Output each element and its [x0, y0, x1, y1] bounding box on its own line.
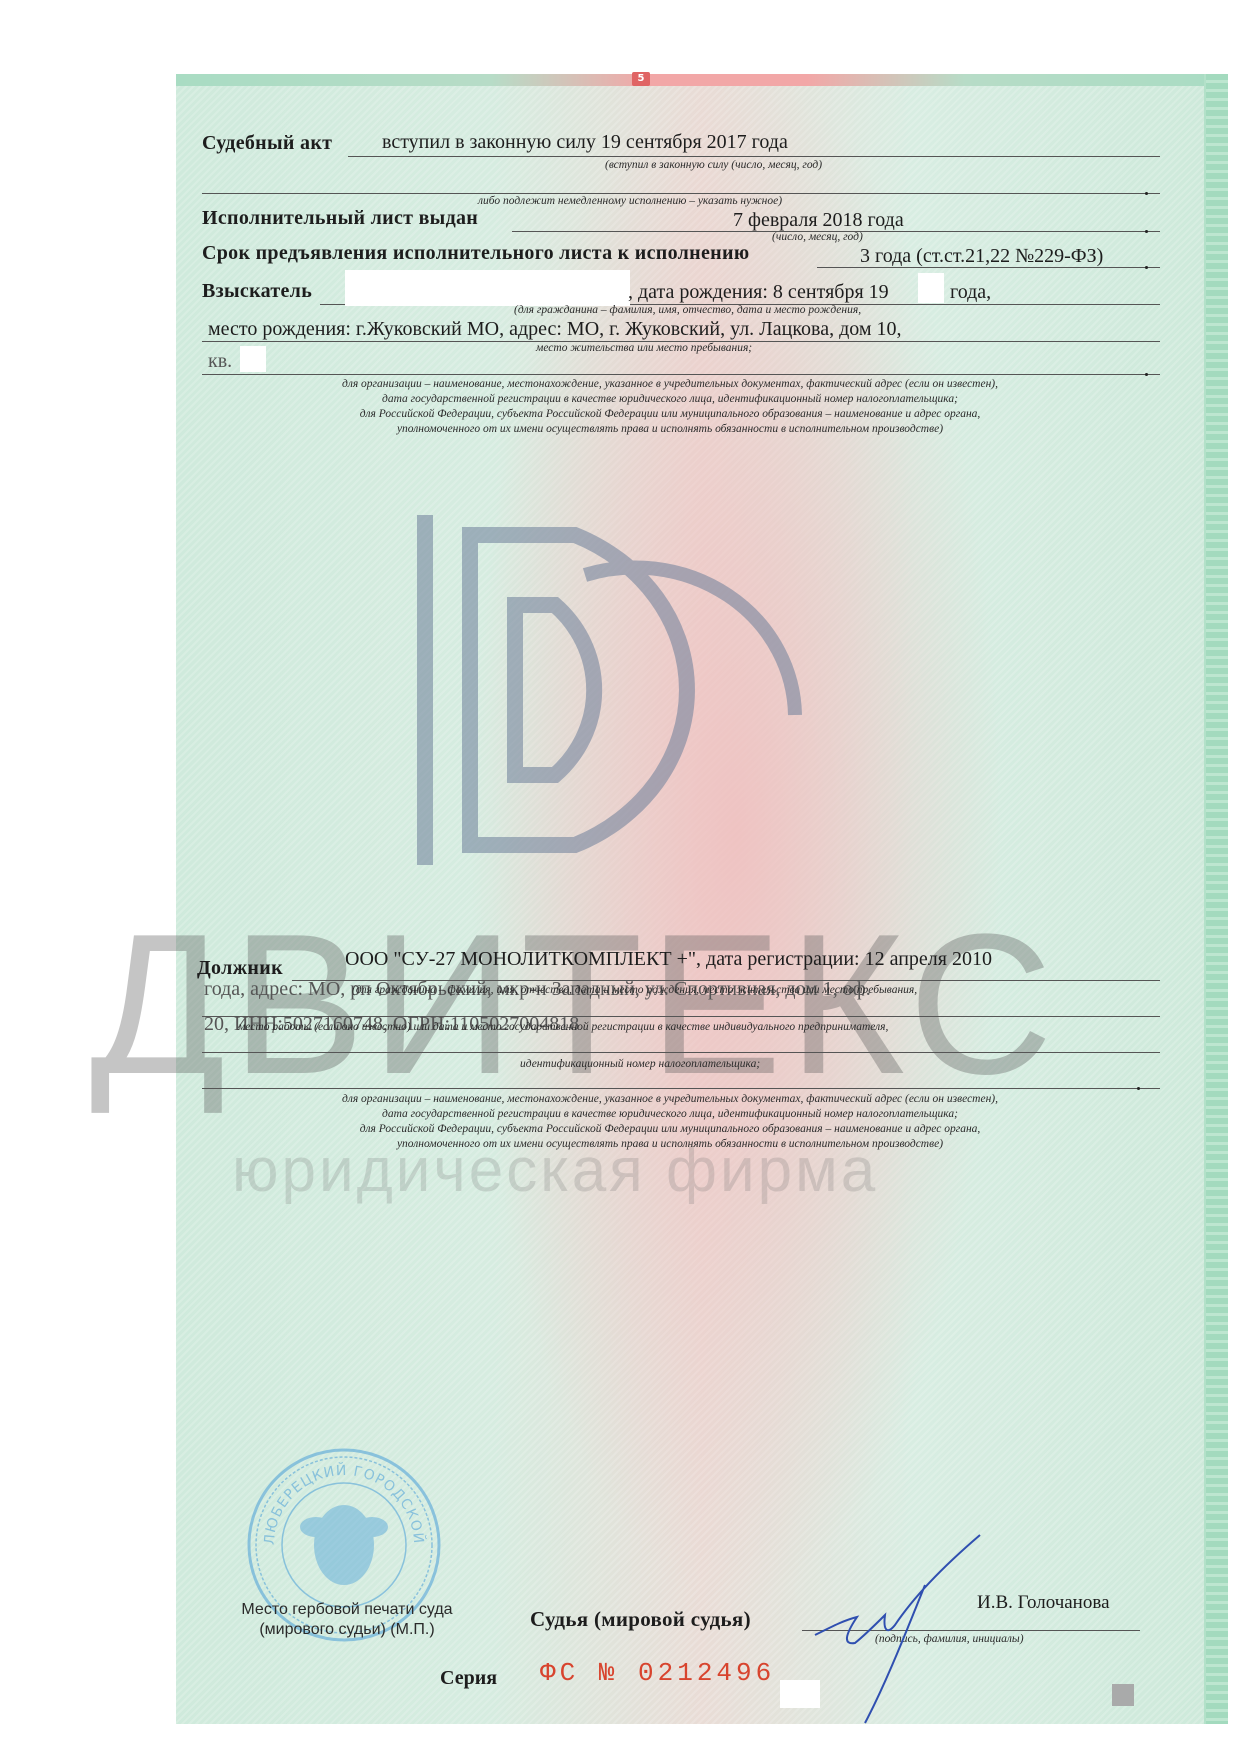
claimant-name-redacted	[345, 270, 630, 306]
court-act-hint: (вступил в законную силу (число, месяц, …	[605, 159, 822, 171]
line-end-dot	[1145, 192, 1148, 195]
court-act-hint-2: либо подлежит немедленному исполнению – …	[478, 195, 782, 207]
claimant-org-hint: для организации – наименование, местонах…	[230, 377, 1110, 437]
claimant-apt-redacted	[240, 346, 266, 372]
series-number: ФС № 0212496	[540, 1658, 775, 1688]
stamp-caption: Место гербовой печати суда (мирового суд…	[222, 1600, 472, 1640]
claimant-hint-citizen: (для гражданина – фамилия, имя, отчество…	[514, 304, 861, 316]
presentation-term-label: Срок предъявления исполнительного листа …	[202, 242, 749, 265]
claimant-address: место рождения: г.Жуковский МО, адрес: М…	[208, 318, 902, 341]
writ-issued-value: 7 февраля 2018 года	[733, 209, 904, 232]
claimant-birth-year-redacted	[918, 273, 944, 303]
debtor-label: Должник	[197, 957, 283, 980]
signature-icon	[805, 1525, 985, 1725]
claimant-birth-suffix: года,	[950, 281, 991, 304]
line-end-dot	[1145, 230, 1148, 233]
line-end-dot	[1145, 373, 1148, 376]
presentation-term-value: 3 года (ст.ст.21,22 №229-ФЗ)	[860, 245, 1103, 268]
debtor-org-hint: для организации – наименование, местонах…	[230, 1092, 1110, 1152]
claimant-birth-date: , дата рождения: 8 сентября 19	[628, 281, 889, 304]
debtor-hint-work: место работы (если оно известно) или дат…	[238, 1021, 888, 1033]
claimant-label: Взыскатель	[202, 280, 312, 303]
page-marker: 5	[632, 72, 650, 86]
series-number-redacted	[780, 1680, 820, 1708]
court-act-value: вступил в законную силу 19 сентября 2017…	[382, 131, 788, 154]
debtor-name-line: ООО "СУ-27 МОНОЛИТКОМПЛЕКТ +", дата реги…	[345, 948, 992, 971]
right-security-band	[1204, 74, 1228, 1724]
court-act-underline	[348, 156, 1160, 157]
grey-marker-square	[1112, 1684, 1134, 1706]
debtor-hint-citizen: (для гражданина – фамилия, имя, отчество…	[352, 984, 917, 996]
claimant-hint-residence: место жительства или место пребывания;	[536, 342, 752, 354]
claimant-apt-label: кв.	[208, 350, 232, 373]
debtor-hint-inn: идентификационный номер налогоплательщик…	[520, 1058, 760, 1070]
writ-issued-hint: (число, месяц, год)	[772, 231, 863, 243]
watermark-brand: ДВИТЕКС	[90, 905, 1059, 1105]
watermark-logo-icon	[415, 505, 805, 875]
top-security-band	[176, 74, 1228, 86]
writ-issued-label: Исполнительный лист выдан	[202, 207, 478, 230]
court-act-underline-2	[202, 193, 1160, 194]
line-end-dot	[1145, 266, 1148, 269]
debtor-underline-3	[202, 1052, 1160, 1053]
judge-label: Судья (мировой судья)	[530, 1607, 751, 1632]
judge-name: И.В. Голочанова	[977, 1592, 1110, 1614]
claimant-underline-3	[202, 374, 1160, 375]
debtor-underline-4	[202, 1088, 1160, 1089]
court-act-label: Судебный акт	[202, 132, 332, 155]
line-end-dot	[1137, 1087, 1140, 1090]
claimant-address-text: место рождения: г.Жуковский МО, адрес: М…	[208, 318, 902, 340]
series-label: Серия	[440, 1667, 497, 1690]
